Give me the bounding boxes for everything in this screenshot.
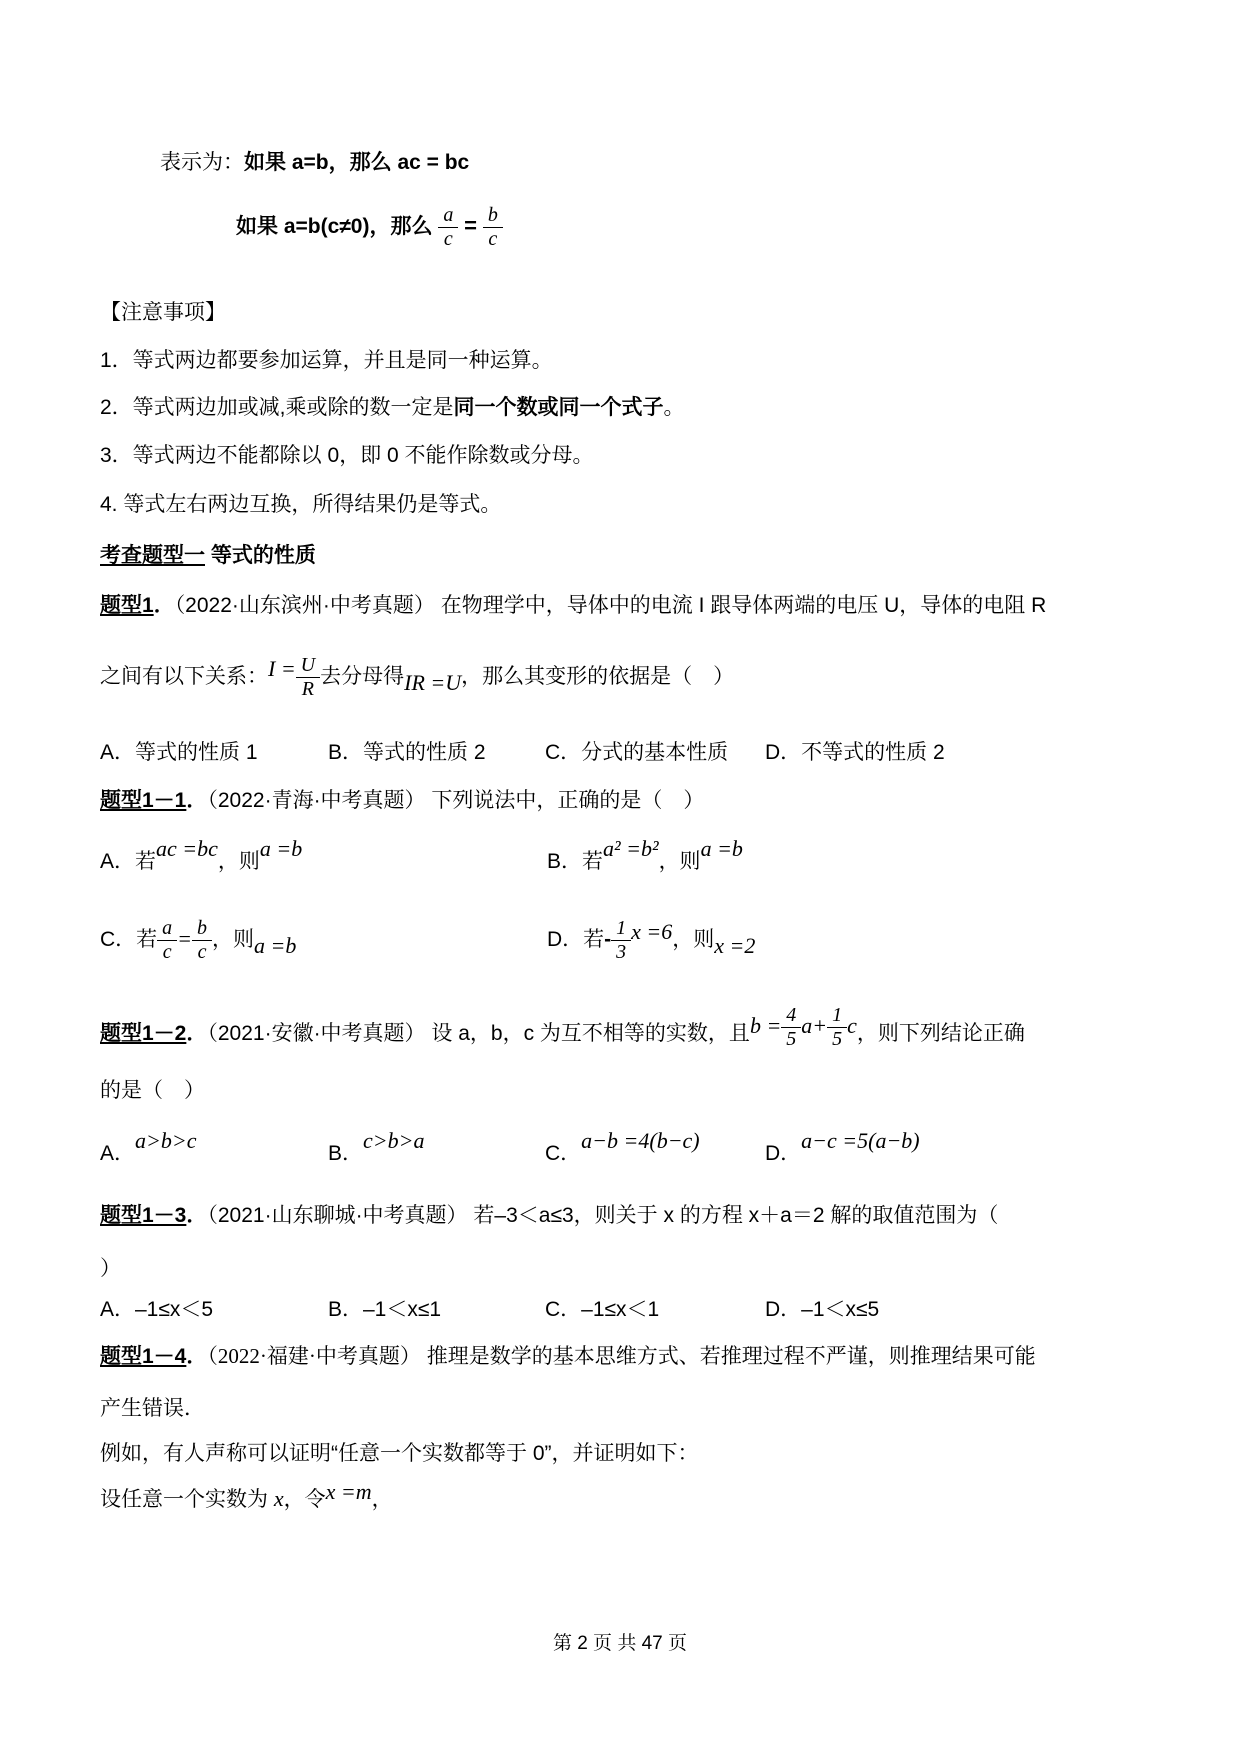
- variable-c: c: [847, 1013, 857, 1038]
- notes-header: 【注意事项】: [100, 300, 226, 326]
- q1-option-a: A．等式的性质 1: [100, 740, 328, 766]
- q1-3-options-row: A．–1≤x＜5 B．–1＜x≤1 C．–1≤x＜1 D．–1＜x≤5: [100, 1297, 879, 1323]
- q1-2-stem-line2: 的是（ ）: [100, 1078, 205, 1104]
- formula-x-2: x =2: [714, 933, 755, 958]
- q1-1-option-c: C．若ac=bc，则a =b: [100, 918, 547, 963]
- q1-option-c: C．分式的基本性质: [545, 740, 765, 766]
- variable-x: x: [274, 1486, 284, 1511]
- q1-4-stem-line1: 题型1－4．（2022·福建·中考真题） 推理是数学的基本思维方式、若推理过程不…: [100, 1343, 1036, 1370]
- formula-ac-bc: ac =bc: [156, 836, 218, 861]
- fraction-4-over-5: 45: [781, 1005, 801, 1050]
- q1-3-option-c: C．–1≤x＜1: [545, 1297, 765, 1323]
- q1-2-option-d: D．a−c =5(a−b): [765, 1142, 920, 1165]
- note-item-1: 1．等式两边都要参加运算，并且是同一种运算。: [100, 348, 553, 374]
- formula-a-gt-b-gt-c: a>b>c: [135, 1128, 196, 1153]
- formula-x-6: x =6: [631, 919, 672, 944]
- section-heading: 考查题型一 等式的性质: [100, 543, 316, 569]
- q1-3-option-d: D．–1＜x≤5: [765, 1297, 879, 1323]
- formula-text: 如果 a=b(c≠0)，那么: [236, 215, 432, 238]
- fraction-a-over-c: ac: [157, 918, 177, 963]
- q1-1-label: 题型1－1: [100, 789, 186, 812]
- q1-2-label: 题型1－2: [100, 1022, 186, 1045]
- statement-bold: 如果 a=b，那么 ac = bc: [244, 151, 469, 174]
- formula-IR-equals-U: IR =U: [404, 670, 461, 695]
- fraction-U-over-R: UR: [296, 655, 320, 700]
- q1-1-options-row1: A．若ac =bc，则a =b B．若a² =b²，则a =b: [100, 848, 743, 875]
- section-heading-text: 等式的性质: [205, 544, 316, 567]
- q1-4-label: 题型1－4: [100, 1345, 186, 1368]
- q1-2-option-b: B．c>b>a: [328, 1140, 545, 1167]
- fraction-a-over-c: ac: [438, 205, 458, 250]
- formula-a-b: a =b: [701, 836, 743, 861]
- variable-a: a: [801, 1013, 812, 1038]
- equals-sign: =: [177, 926, 192, 951]
- q1-2-options-row: A．a>b>cB．c>b>aC．a−b =4(b−c)D．a−c =5(a−b): [100, 1140, 920, 1167]
- q1-2-option-a: A．a>b>c: [100, 1140, 328, 1167]
- q1-stem-line1: 题型1．（2022·山东滨州·中考真题） 在物理学中，导体中的电流 I 跟导体两…: [100, 593, 1046, 619]
- formula-I-equals: I =: [268, 656, 296, 681]
- q1-1-option-d: D．若-13x =6，则x =2: [547, 918, 755, 963]
- q1-3-option-b: B．–1＜x≤1: [328, 1297, 545, 1323]
- division-property-formula: 如果 a=b(c≠0)，那么 ac = bc: [236, 205, 503, 250]
- equality-property-statement: 表示为：如果 a=b，那么 ac = bc: [160, 150, 469, 176]
- formula-b-equals: b =: [750, 1013, 781, 1038]
- document-page: 表示为：如果 a=b，那么 ac = bc 如果 a=b(c≠0)，那么 ac …: [0, 0, 1240, 1754]
- q1-1-options-row2: C．若ac=bc，则a =b D．若-13x =6，则x =2: [100, 918, 755, 963]
- note-item-2: 2．等式两边加或减,乘或除的数一定是同一个数或同一个式子。: [100, 395, 685, 421]
- q1-source: （2022·山东滨州·中考真题）: [175, 594, 435, 617]
- fraction-b-over-c: bc: [192, 918, 212, 963]
- formula-a-minus-b: a−b =4(b−c): [581, 1128, 699, 1153]
- fraction-b-over-c: bc: [483, 205, 503, 250]
- q1-options-row: A．等式的性质 1 B．等式的性质 2 C．分式的基本性质 D．不等式的性质 2: [100, 740, 945, 766]
- q1-option-b: B．等式的性质 2: [328, 740, 545, 766]
- q1-4-stem-line4: 设任意一个实数为 x，令x =m，: [100, 1486, 393, 1513]
- q1-2-option-c: C．a−b =4(b−c): [545, 1140, 765, 1167]
- fraction-1-over-3: 13: [611, 918, 631, 963]
- equals-sign: =: [464, 213, 477, 238]
- formula-a-b: a =b: [260, 836, 302, 861]
- q1-4-source: （2022·福建·中考真题）: [207, 1344, 421, 1368]
- formula-x-equals-m: x =m: [326, 1479, 372, 1504]
- formula-c-gt-b-gt-a: c>b>a: [363, 1128, 424, 1153]
- q1-3-label: 题型1－3: [100, 1204, 186, 1227]
- formula-a-minus-c: a−c =5(a−b): [801, 1128, 919, 1153]
- q1-label: 题型1: [100, 594, 154, 617]
- q1-option-d: D．不等式的性质 2: [765, 740, 945, 766]
- note-item-2-bold: 同一个数或同一个式子: [454, 396, 664, 419]
- page-footer: 第 2 页 共 47 页: [0, 1628, 1240, 1655]
- fraction-1-over-5: 15: [827, 1005, 847, 1050]
- section-heading-label: 考查题型一: [100, 544, 205, 567]
- q1-3-source: （2021·山东聊城·中考真题）: [207, 1204, 467, 1227]
- q1-stem-line2: 之间有以下关系：I =UR去分母得IR =U，那么其变形的依据是（ ）: [100, 655, 734, 700]
- plus-sign: +: [812, 1013, 827, 1038]
- q1-1-option-a: A．若ac =bc，则a =b: [100, 848, 547, 875]
- q1-1-option-b: B．若a² =b²，则a =b: [547, 848, 743, 875]
- q1-3-stem-line1: 题型1－3．（2021·山东聊城·中考真题） 若–3＜a≤3，则关于 x 的方程…: [100, 1203, 998, 1229]
- q1-1-source: （2022·青海·中考真题）: [207, 789, 425, 812]
- formula-a2-b2: a² =b²: [603, 836, 659, 861]
- formula-a-b: a =b: [254, 933, 296, 958]
- note-item-3: 3．等式两边不能都除以 0，即 0 不能作除数或分母。: [100, 443, 594, 469]
- minus-sign: -: [604, 928, 611, 951]
- q1-3-stem-line2: ）: [100, 1256, 121, 1282]
- q1-2-stem-line1: 题型1－2．（2021·安徽·中考真题） 设 a，b，c 为互不相等的实数，且b…: [100, 1012, 1025, 1057]
- q1-3-option-a: A．–1≤x＜5: [100, 1297, 328, 1323]
- note-item-4: 4. 等式左右两边互换，所得结果仍是等式。: [100, 492, 501, 518]
- q1-1-stem: 题型1－1．（2022·青海·中考真题） 下列说法中，正确的是（ ）: [100, 788, 704, 814]
- statement-prefix: 表示为：: [160, 151, 244, 174]
- q1-2-source: （2021·安徽·中考真题）: [207, 1022, 425, 1045]
- q1-4-stem-line3: 例如，有人声称可以证明“任意一个实数都等于 0”，并证明如下：: [100, 1441, 699, 1467]
- q1-4-stem-line2: 产生错误．: [100, 1396, 205, 1422]
